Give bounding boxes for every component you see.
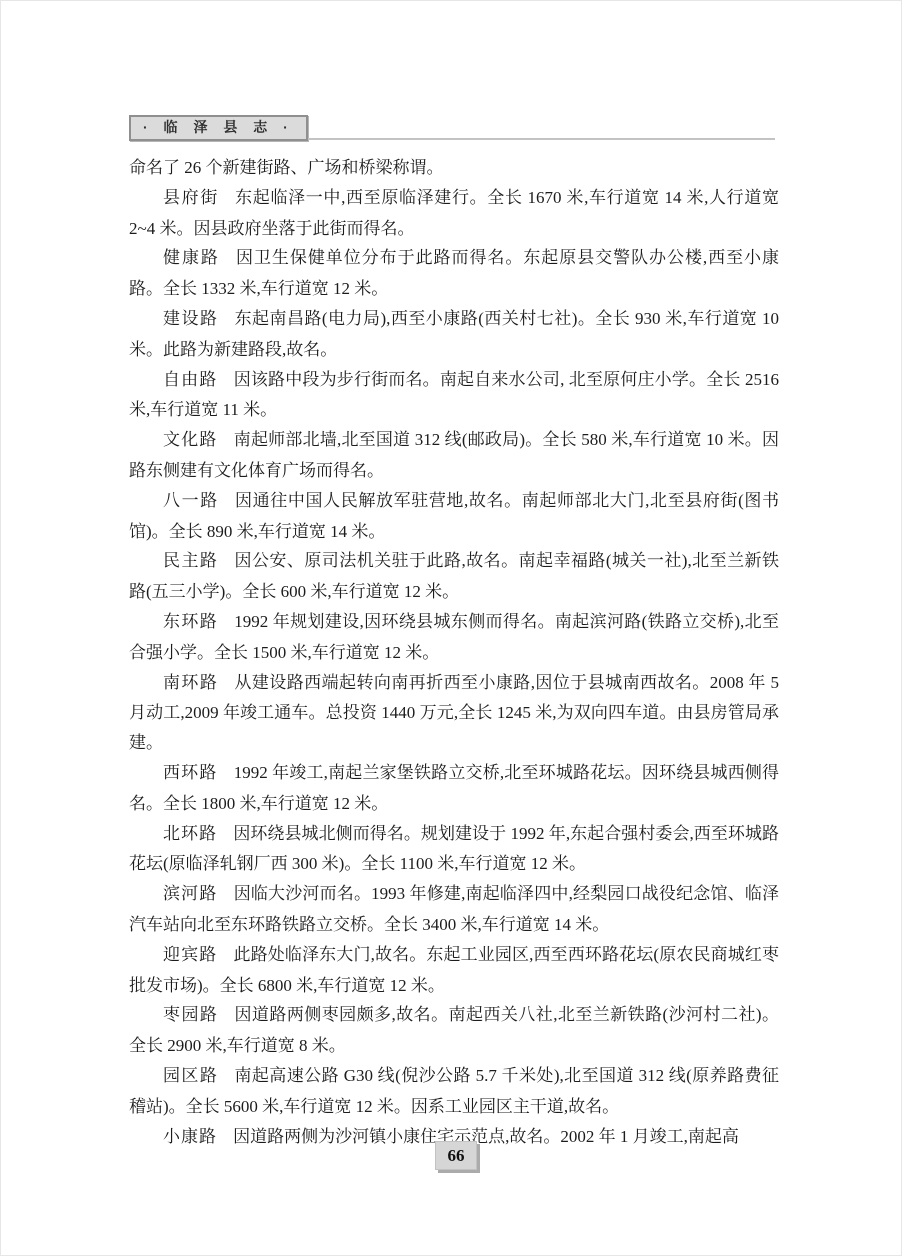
road-description: 东起南昌路(电力局),西至小康路(西关村七社)。全长 930 米,车行道宽 10… (129, 309, 779, 359)
road-description: 因该路中段为步行街而名。南起自来水公司, 北至原何庄小学。全长 2516 米,车… (129, 370, 779, 420)
road-entry: 园区路南起高速公路 G30 线(倪沙公路 5.7 千米处),北至国道 312 线… (129, 1061, 779, 1122)
road-entry: 文化路南起师部北墙,北至国道 312 线(邮政局)。全长 580 米,车行道宽 … (129, 425, 779, 486)
road-name: 滨河路 (163, 884, 218, 904)
page-number-box: 66 (435, 1141, 477, 1170)
scanned-book-page: · 临 泽 县 志 · 命名了 26 个新建街路、广场和桥梁称谓。 县府街东起临… (0, 0, 902, 1256)
road-description: 东起临泽一中,西至原临泽建行。全长 1670 米,车行道宽 14 米,人行道宽 … (129, 188, 779, 238)
page-body: 命名了 26 个新建街路、广场和桥梁称谓。 县府街东起临泽一中,西至原临泽建行。… (129, 153, 779, 1152)
road-name: 北环路 (163, 824, 217, 844)
header-rule (308, 138, 775, 140)
road-entry: 滨河路因临大沙河而名。1993 年修建,南起临泽四中,经梨园口战役纪念馆、临泽汽… (129, 879, 779, 940)
running-head: · 临 泽 县 志 · (129, 115, 775, 141)
intro-paragraph: 命名了 26 个新建街路、广场和桥梁称谓。 (129, 153, 779, 183)
road-name: 建设路 (163, 309, 218, 329)
road-description: 从建设路西端起转向南再折西至小康路,因位于县城南西故名。2008 年 5 月动工… (129, 673, 779, 753)
road-name: 县府街 (163, 188, 219, 208)
road-name: 自由路 (163, 370, 218, 390)
road-description: 此路处临泽东大门,故名。东起工业园区,西至西环路花坛(原农民商城红枣批发市场)。… (129, 945, 779, 995)
road-entry: 迎宾路此路处临泽东大门,故名。东起工业园区,西至西环路花坛(原农民商城红枣批发市… (129, 940, 779, 1001)
road-name: 八一路 (163, 491, 219, 511)
road-entry: 建设路东起南昌路(电力局),西至小康路(西关村七社)。全长 930 米,车行道宽… (129, 304, 779, 365)
road-description: 因卫生保健单位分布于此路而得名。东起原县交警队办公楼,西至小康路。全长 1332… (129, 248, 779, 298)
road-entry: 东环路1992 年规划建设,因环绕县城东侧而得名。南起滨河路(铁路立交桥),北至… (129, 607, 779, 668)
road-entry: 南环路从建设路西端起转向南再折西至小康路,因位于县城南西故名。2008 年 5 … (129, 668, 779, 758)
road-description: 因道路两侧枣园颇多,故名。南起西关八社,北至兰新铁路(沙河村二社)。全长 290… (129, 1005, 779, 1055)
road-name: 迎宾路 (163, 945, 217, 965)
road-entry: 北环路因环绕县城北侧而得名。规划建设于 1992 年,东起合强村委会,西至环城路… (129, 819, 779, 880)
road-name: 园区路 (163, 1066, 218, 1086)
road-name: 文化路 (163, 430, 218, 450)
road-description: 南起师部北墙,北至国道 312 线(邮政局)。全长 580 米,车行道宽 10 … (129, 430, 779, 480)
road-entry: 县府街东起临泽一中,西至原临泽建行。全长 1670 米,车行道宽 14 米,人行… (129, 183, 779, 244)
road-name: 东环路 (163, 612, 218, 632)
road-entry: 健康路因卫生保健单位分布于此路而得名。东起原县交警队办公楼,西至小康路。全长 1… (129, 243, 779, 304)
page-number: 66 (448, 1146, 465, 1166)
road-description: 南起高速公路 G30 线(倪沙公路 5.7 千米处),北至国道 312 线(原养… (129, 1066, 779, 1116)
road-description: 1992 年竣工,南起兰家堡铁路立交桥,北至环城路花坛。因环绕县城西侧得名。全长… (129, 763, 779, 813)
road-description: 因临大沙河而名。1993 年修建,南起临泽四中,经梨园口战役纪念馆、临泽汽车站向… (129, 884, 779, 934)
road-entry: 民主路因公安、原司法机关驻于此路,故名。南起幸福路(城关一社),北至兰新铁路(五… (129, 546, 779, 607)
road-entry: 自由路因该路中段为步行街而名。南起自来水公司, 北至原何庄小学。全长 2516 … (129, 365, 779, 426)
road-name: 南环路 (163, 673, 218, 693)
road-name: 小康路 (163, 1127, 217, 1147)
road-entry: 八一路因通往中国人民解放军驻营地,故名。南起师部北大门,北至县府街(图书馆)。全… (129, 486, 779, 547)
road-name: 健康路 (163, 248, 220, 268)
road-entry: 枣园路因道路两侧枣园颇多,故名。南起西关八社,北至兰新铁路(沙河村二社)。全长 … (129, 1000, 779, 1061)
road-description: 因通往中国人民解放军驻营地,故名。南起师部北大门,北至县府街(图书馆)。全长 8… (129, 491, 779, 541)
road-description: 因公安、原司法机关驻于此路,故名。南起幸福路(城关一社),北至兰新铁路(五三小学… (129, 551, 779, 601)
road-name: 西环路 (163, 763, 218, 783)
road-description: 1992 年规划建设,因环绕县城东侧而得名。南起滨河路(铁路立交桥),北至合强小… (129, 612, 779, 662)
road-name: 枣园路 (163, 1005, 218, 1025)
volume-title: · 临 泽 县 志 · (143, 117, 294, 137)
road-name: 民主路 (163, 551, 218, 571)
road-description: 因道路两侧为沙河镇小康住宅示范点,故名。2002 年 1 月竣工,南起高 (233, 1127, 739, 1146)
volume-title-plaque: · 临 泽 县 志 · (129, 115, 308, 141)
road-entry: 西环路1992 年竣工,南起兰家堡铁路立交桥,北至环城路花坛。因环绕县城西侧得名… (129, 758, 779, 819)
road-description: 因环绕县城北侧而得名。规划建设于 1992 年,东起合强村委会,西至环城路花坛(… (129, 824, 779, 874)
